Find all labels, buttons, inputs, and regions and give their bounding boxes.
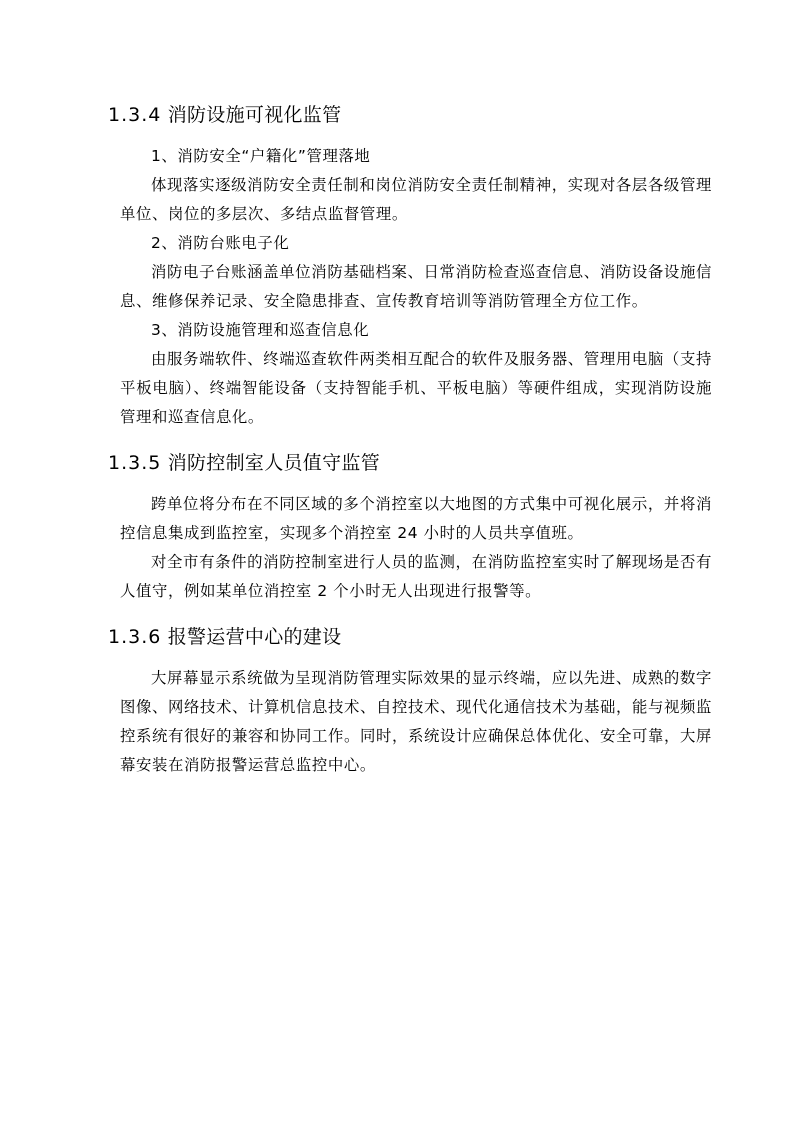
section-heading-1-3-6: 1.3.6 报警运营中心的建设 xyxy=(108,622,712,652)
document-page: 1.3.4 消防设施可视化监管 1、消防安全“户籍化”管理落地 体现落实逐级消防… xyxy=(120,100,712,780)
section-number: 1.3.6 xyxy=(108,626,161,648)
subheading: 1、消防安全“户籍化”管理落地 xyxy=(120,142,712,171)
paragraph: 大屏幕显示系统做为呈现消防管理实际效果的显示终端，应以先进、成熟的数字图像、网络… xyxy=(120,664,712,780)
section-heading-1-3-5: 1.3.5 消防控制室人员值守监管 xyxy=(108,448,712,478)
subheading: 3、消防设施管理和巡查信息化 xyxy=(120,316,712,345)
paragraph: 消防电子台账涵盖单位消防基础档案、日常消防检查巡查信息、消防设备设施信息、维修保… xyxy=(120,258,712,316)
paragraph: 体现落实逐级消防安全责任制和岗位消防安全责任制精神，实现对各层各级管理单位、岗位… xyxy=(120,171,712,229)
paragraph: 由服务端软件、终端巡查软件两类相互配合的软件及服务器、管理用电脑（支持平板电脑）… xyxy=(120,345,712,432)
section-number: 1.3.4 xyxy=(108,104,161,126)
section-title: 报警运营中心的建设 xyxy=(168,626,342,648)
section-title: 消防设施可视化监管 xyxy=(168,104,342,126)
section-heading-1-3-4: 1.3.4 消防设施可视化监管 xyxy=(108,100,712,130)
paragraph: 对全市有条件的消防控制室进行人员的监测，在消防监控室实时了解现场是否有人值守，例… xyxy=(120,548,712,606)
paragraph: 跨单位将分布在不同区域的多个消控室以大地图的方式集中可视化展示，并将消控信息集成… xyxy=(120,490,712,548)
section-title: 消防控制室人员值守监管 xyxy=(168,452,380,474)
subheading: 2、消防台账电子化 xyxy=(120,229,712,258)
section-number: 1.3.5 xyxy=(108,452,161,474)
